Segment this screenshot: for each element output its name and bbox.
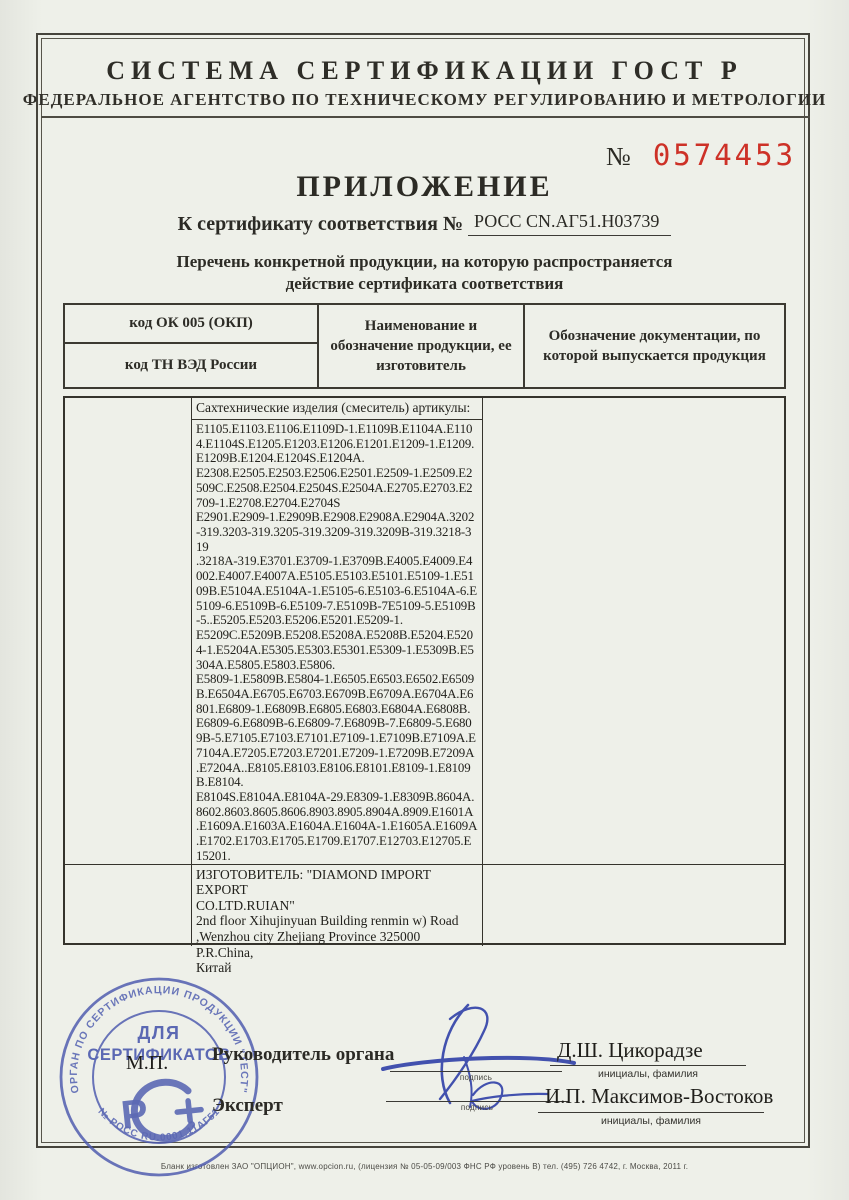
head-name-caption: инициалы, фамилия bbox=[550, 1068, 746, 1080]
article-line: E1209B.E1204.E1204S.E1204A. bbox=[196, 451, 482, 466]
certificate-ref-value: РОСС CN.АГ51.H03739 bbox=[468, 211, 671, 236]
stamp-center-line1: ДЛЯ bbox=[138, 1023, 181, 1043]
stamp-place-label: М.П. bbox=[126, 1052, 168, 1075]
article-line: 002.E4007.E4007A.E5105.E5103.E5101.E5109… bbox=[196, 569, 482, 584]
article-line: .E1609A.E1603A.E1604A.E1604A-1.E1605A.E1… bbox=[196, 819, 482, 834]
article-line: 4.E1104S.E1205.E1203.E1206.E1201.E1209-1… bbox=[196, 437, 482, 452]
manufacturer-line: ИЗГОТОВИТЕЛЬ: "DIAMOND IMPORT EXPORT bbox=[196, 867, 478, 898]
article-line: 7104A.E7205.E7203.E7201.E7209-1.E7209B.E… bbox=[196, 746, 482, 761]
manufacturer-codes-cell bbox=[65, 865, 192, 946]
article-line: 9B-5.E7105.E7103.E7101.E7109-1.E7109B.E7… bbox=[196, 731, 482, 746]
codes-cell-empty bbox=[65, 398, 192, 864]
product-intro: Сахтехнические изделия (смеситель) артик… bbox=[192, 398, 483, 420]
codes-header-cell: код ОК 005 (ОКП) код ТН ВЭД России bbox=[65, 305, 319, 387]
purpose-line-2: действие сертификата соответствия bbox=[0, 273, 849, 295]
table-header: код ОК 005 (ОКП) код ТН ВЭД России Наиме… bbox=[63, 303, 786, 389]
head-name-line bbox=[550, 1065, 746, 1066]
manufacturer-line: ,Wenzhou city Zhejiang Province 325000 P… bbox=[196, 929, 478, 960]
article-line: B.E6504A.E6705.E6703.E6709B.E6709A.E6704… bbox=[196, 687, 482, 702]
certificate-ref-line: К сертификату соответствия № РОСС CN.АГ5… bbox=[0, 213, 849, 239]
article-line: -319.3203-319.3205-319.3209-319.3209B-31… bbox=[196, 525, 482, 540]
manufacturer-docs-cell bbox=[483, 865, 784, 946]
certificate-appendix-page: СИСТЕМА СЕРТИФИКАЦИИ ГОСТ Р ФЕДЕРАЛЬНОЕ … bbox=[0, 0, 849, 1200]
article-line: -5..E5205.E5203.E5206.E5201.E5209-1. bbox=[196, 613, 482, 628]
stamp-outer-ring bbox=[61, 979, 257, 1175]
article-line: 8602.8603.8605.8606.8903.8905.8904A.8909… bbox=[196, 805, 482, 820]
docs-cell-empty bbox=[483, 398, 784, 864]
article-line: B.E8104. bbox=[196, 775, 482, 790]
manufacturer-info: ИЗГОТОВИТЕЛЬ: "DIAMOND IMPORT EXPORTCO.L… bbox=[192, 865, 483, 946]
signature-line-expert bbox=[386, 1101, 568, 1102]
article-line: 15201. bbox=[196, 849, 482, 864]
appendix-title: ПРИЛОЖЕНИЕ bbox=[0, 170, 849, 204]
product-table: Сахтехнические изделия (смеситель) артик… bbox=[63, 396, 786, 945]
article-line: E8104S.E8104A.E8104A-29.E8309-1.E8309B.8… bbox=[196, 790, 482, 805]
signature-line-head bbox=[390, 1071, 562, 1072]
article-line: E5809-1.E5809B.E5804-1.E6505.E6503.E6502… bbox=[196, 672, 482, 687]
article-line: 19 bbox=[196, 540, 482, 555]
article-line: E6809-6.E6809B-6.E6809-7.E6809B-7.E6809-… bbox=[196, 716, 482, 731]
code-tnved-header: код ТН ВЭД России bbox=[65, 344, 317, 387]
expert-name: И.П. Максимов-Востоков bbox=[545, 1084, 773, 1109]
head-name: Д.Ш. Цикорадзе bbox=[557, 1038, 703, 1063]
docs-column-header: Обозначение документации, по которой вып… bbox=[525, 305, 784, 387]
purpose-line-1: Перечень конкретной продукции, на котору… bbox=[0, 251, 849, 273]
article-line: 509C.E2508.E2504.E2504S.E2504A.E2705.E27… bbox=[196, 481, 482, 496]
agency-title: ФЕДЕРАЛЬНОЕ АГЕНТСТВО ПО ТЕХНИЧЕСКОМУ РЕ… bbox=[0, 90, 849, 110]
manufacturer-line: 2nd floor Xihujinyuan Building renmin w)… bbox=[196, 913, 478, 929]
article-line: .3218A-319.E3701.E3709-1.E3709B.E4005.E4… bbox=[196, 554, 482, 569]
signature-caption-expert: подпись bbox=[386, 1103, 568, 1112]
article-line: E2901.E2909-1.E2909B.E2908.E2908A.E2904A… bbox=[196, 510, 482, 525]
article-line: 801.E6809-1.E6809B.E6805.E6803.E6804A.E6… bbox=[196, 702, 482, 717]
head-of-body-label: Руководитель органа bbox=[212, 1044, 394, 1066]
article-line: E2308.E2505.E2503.E2506.E2501.E2509-1.E2… bbox=[196, 466, 482, 481]
header-divider bbox=[41, 116, 810, 118]
article-line: 4-1.E5204A.E5305.E5303.E5301.E5309-1.E53… bbox=[196, 643, 482, 658]
article-line: E1105.E1103.E1106.E1109D-1.E1109B.E1104A… bbox=[196, 422, 482, 437]
system-title: СИСТЕМА СЕРТИФИКАЦИИ ГОСТ Р bbox=[0, 56, 849, 86]
expert-label: Эксперт bbox=[212, 1095, 283, 1117]
svg-text:Р: Р bbox=[119, 1091, 150, 1138]
blank-number-value: 0574453 bbox=[653, 138, 796, 172]
signature-caption-head: подпись bbox=[390, 1073, 562, 1082]
product-column-header: Наименование и обозначение продукции, ее… bbox=[319, 305, 525, 387]
blank-number: № 0574453 bbox=[606, 138, 796, 172]
article-line: 5109-6.E5109B-6.E5109-7.E5109B-7E5109-5.… bbox=[196, 599, 482, 614]
article-line: 304A.E5805.E5803.E5806. bbox=[196, 658, 482, 673]
article-line: .E1702.E1703.E1705.E1709.E1707.E12703.E1… bbox=[196, 834, 482, 849]
code-okp-header: код ОК 005 (ОКП) bbox=[65, 305, 317, 344]
article-line: 09B.E5104A.E5104A-1.E5105-6.E5103-6.E510… bbox=[196, 584, 482, 599]
article-list: E1105.E1103.E1106.E1109D-1.E1109B.E1104A… bbox=[192, 420, 483, 864]
manufacturer-row: ИЗГОТОВИТЕЛЬ: "DIAMOND IMPORT EXPORTCO.L… bbox=[65, 864, 784, 946]
certificate-ref-label: К сертификату соответствия № bbox=[178, 213, 463, 235]
purpose-text: Перечень конкретной продукции, на котору… bbox=[0, 251, 849, 295]
certification-stamp: ОРГАН ПО СЕРТИФИКАЦИИ ПРОДУКЦИИ "ТЕСТ" №… bbox=[50, 972, 268, 1186]
article-line: .E7204A..E8105.E8103.E8106.E8101.E8109-1… bbox=[196, 761, 482, 776]
article-line: E5209C.E5209B.E5208.E5208A.E5208B.E5204.… bbox=[196, 628, 482, 643]
article-line: 709-1.E2708.E2704.E2704S bbox=[196, 496, 482, 511]
manufacturer-line: CO.LTD.RUIAN" bbox=[196, 898, 478, 914]
number-sign: № bbox=[606, 142, 631, 171]
